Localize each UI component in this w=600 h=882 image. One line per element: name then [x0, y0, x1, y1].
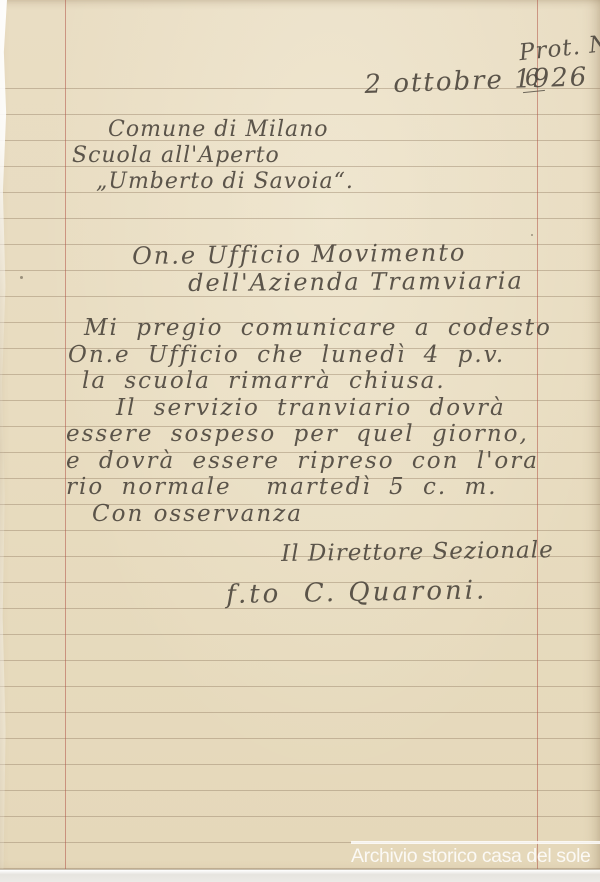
body-line-7: rio normale martedì 5 c. m.: [66, 474, 498, 500]
recipient-line-1: On.e Ufficio Movimento: [132, 238, 467, 269]
body-line-5: essere sospeso per quel giorno,: [66, 421, 529, 447]
body-line-3: la scuola rimarrà chiusa.: [82, 368, 446, 394]
closing-line: Con osservanza: [92, 501, 303, 527]
sender-line-2: Scuola all'Aperto: [72, 143, 280, 168]
watermark-rule: [351, 841, 600, 844]
margin-line-right: [537, 0, 538, 869]
watermark-text: Archivio storico casa del sole: [351, 845, 600, 868]
signature-name: f.to C. Quaroni.: [226, 575, 488, 610]
scanned-letter-page: Prot. N. 6 2 ottobre 1926 Comune di Mila…: [0, 0, 600, 882]
body-line-1: Mi pregio comunicare a codesto: [84, 315, 552, 341]
body-line-6: e dovrà essere ripreso con l'ora: [66, 448, 539, 474]
body-line-2: On.e Ufficio che lunedì 4 p.v.: [68, 342, 505, 368]
sender-line-1: Comune di Milano: [108, 117, 329, 142]
signature-role: Il Direttore Sezionale: [281, 537, 554, 567]
paper-speck: [20, 276, 23, 279]
scan-bottom-edge: [0, 869, 600, 882]
sender-line-3: „Umberto di Savoia“.: [96, 169, 354, 194]
protocol-label: Prot. N.: [518, 30, 600, 66]
body-line-4: Il servizio tranviario dovrà: [116, 395, 506, 421]
recipient-line-2: dell'Azienda Tramviaria: [188, 267, 524, 297]
paper-speck: [531, 234, 533, 236]
